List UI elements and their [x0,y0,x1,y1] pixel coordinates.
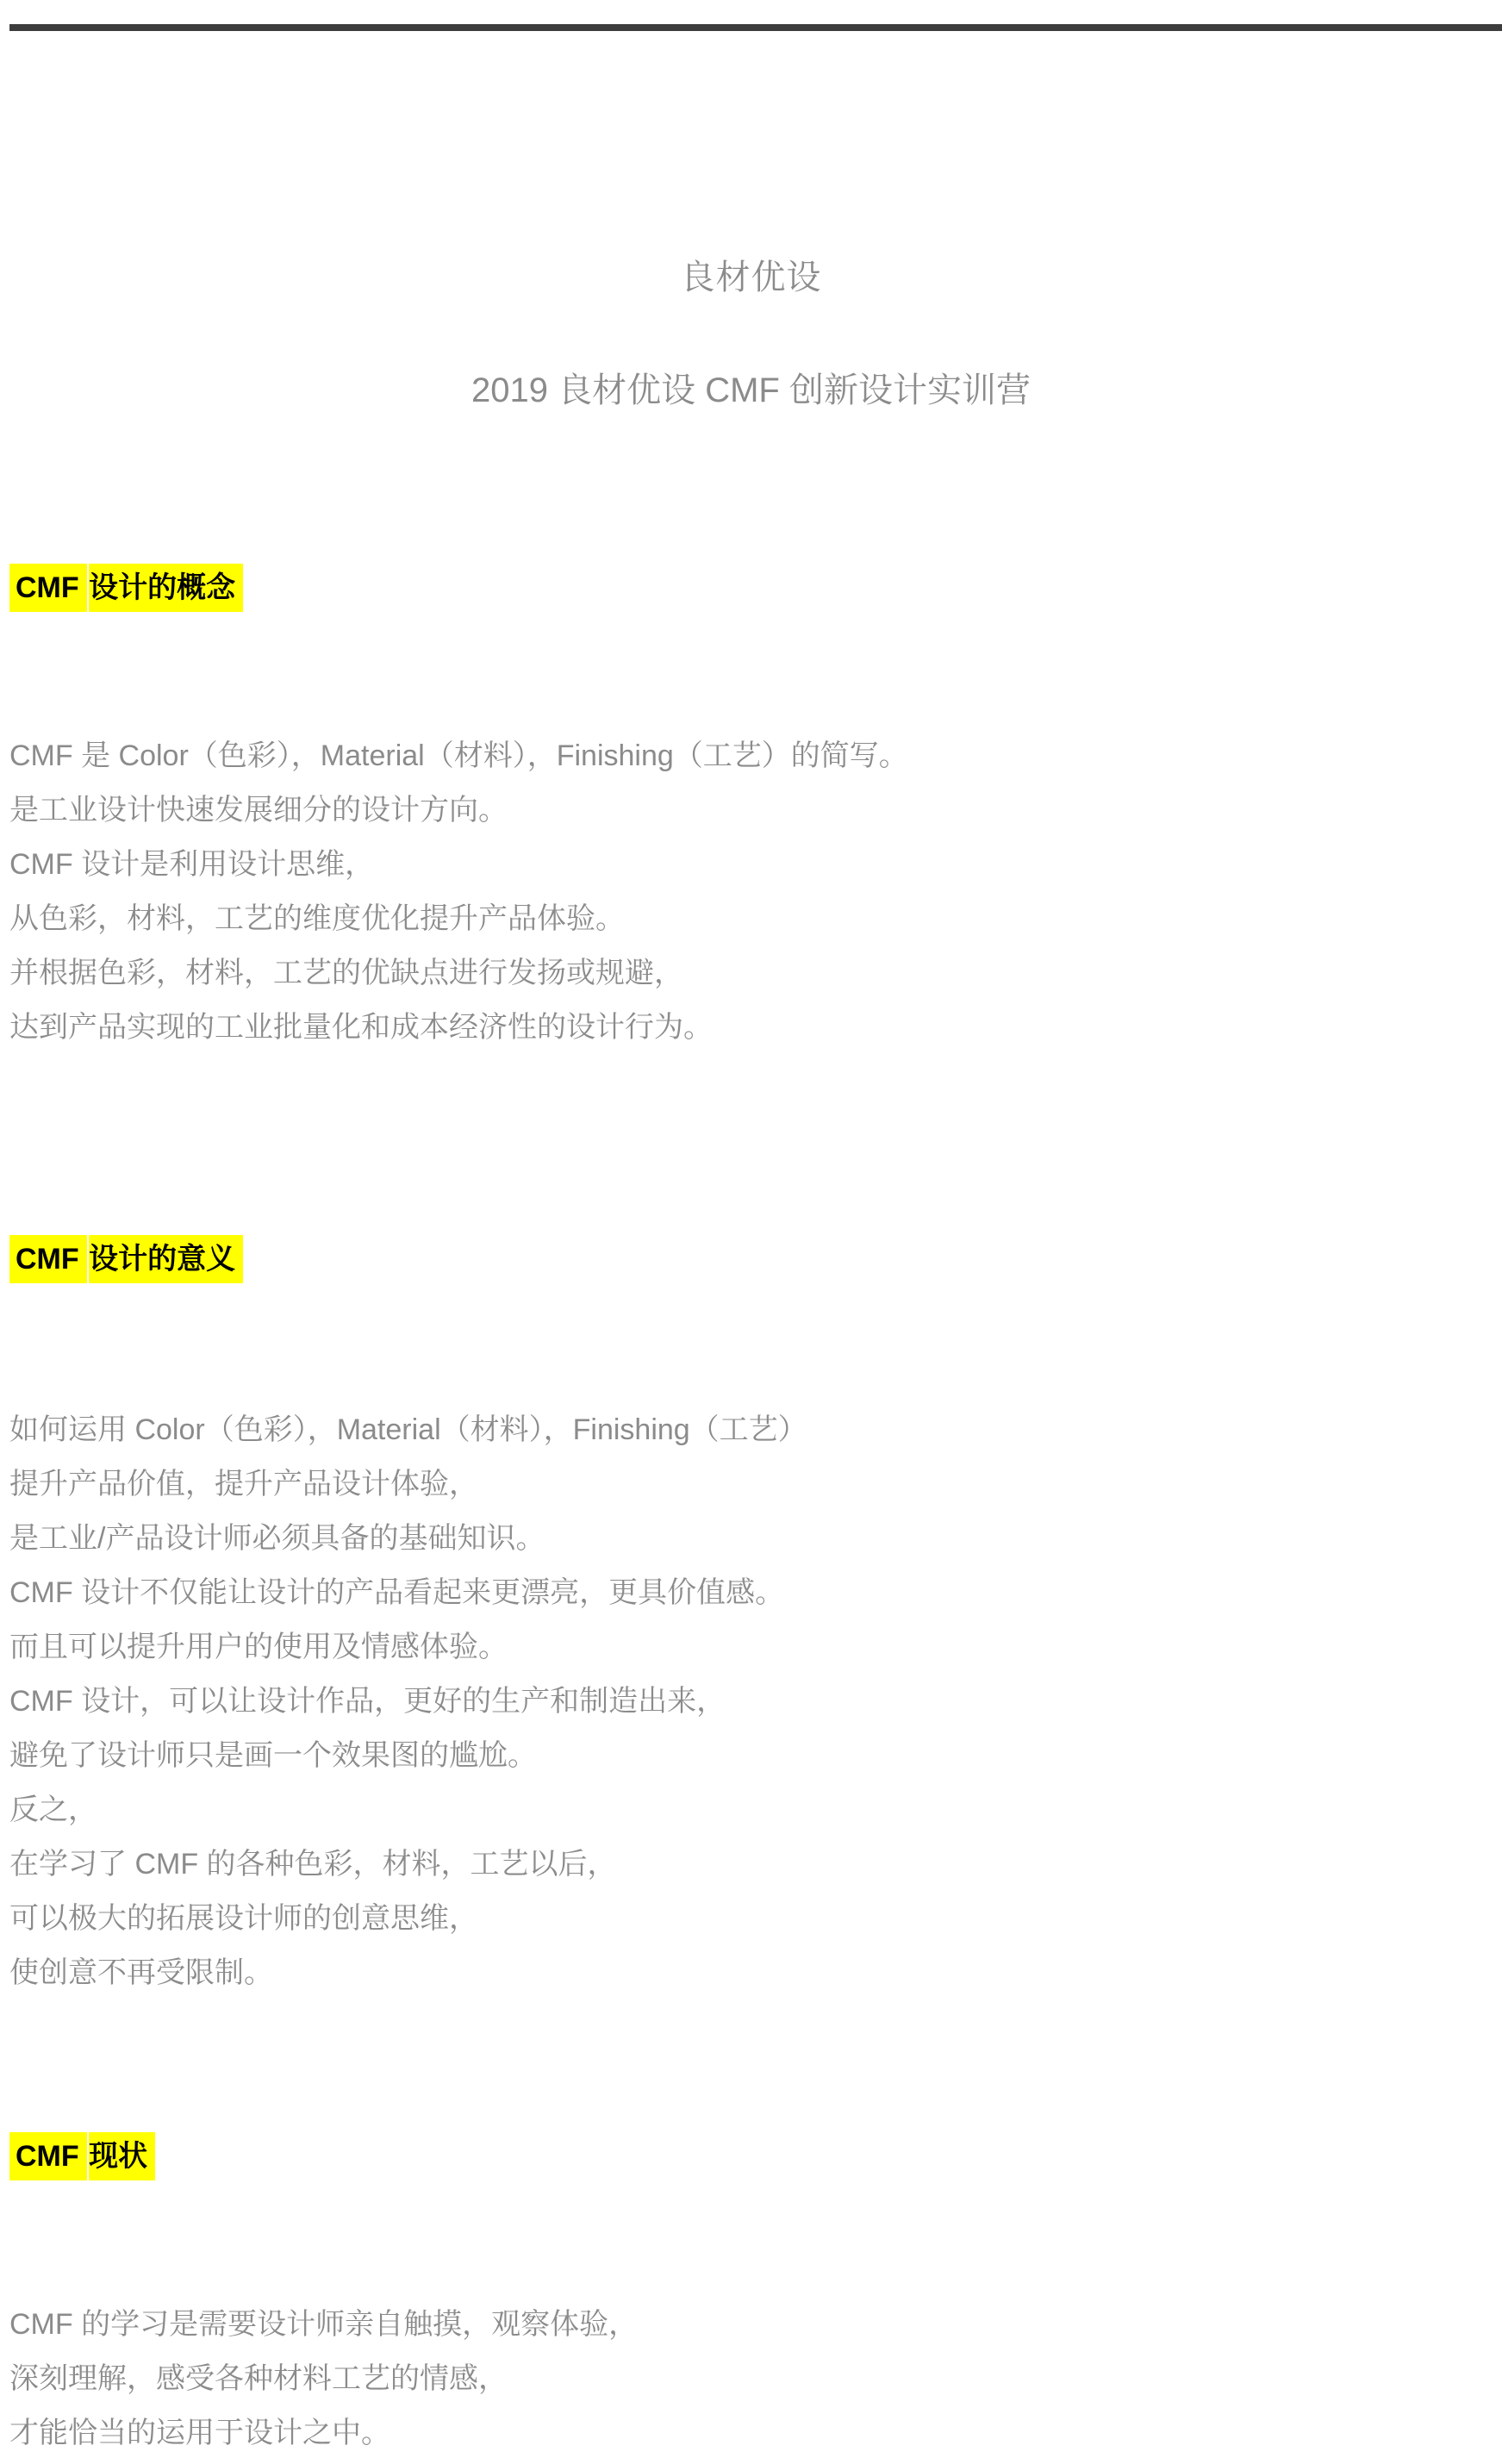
section-heading: CMF 现状 [9,2132,155,2180]
paragraph: CMF 的学习是需要设计师亲自触摸，观察体验，深刻理解，感受各种材料工艺的情感，… [9,2298,638,2461]
document-page: 良材优设 2019 良材优设 CMF 创新设计实训营 CMF 设计的概念 CMF… [0,0,1502,2464]
text-line: 是工业设计快速发展细分的设计方向。 [9,783,908,838]
text-line: 如何运用 Color（色彩），Material（材料），Finishing（工艺… [9,1403,807,1457]
text-line: CMF 是 Color（色彩），Material（材料），Finishing（工… [9,729,908,783]
text-line: 才能恰当的运用于设计之中。 [9,2406,638,2461]
text-line: 而且可以提升用户的使用及情感体验。 [9,1620,807,1675]
text-line: CMF 设计，可以让设计作品，更好的生产和制造出来， [9,1675,807,1729]
heading-highlight-rest: 现状 [89,2132,155,2180]
text-line: 避免了设计师只是画一个效果图的尴尬。 [9,1729,807,1783]
text-line: CMF 设计是利用设计思维， [9,838,908,892]
text-line: 达到产品实现的工业批量化和成本经济性的设计行为。 [9,1001,908,1055]
text-line: 在学习了 CMF 的各种色彩，材料，工艺以后， [9,1837,807,1892]
paragraph: 如何运用 Color（色彩），Material（材料），Finishing（工艺… [9,1403,807,2000]
heading-highlight-prefix: CMF [9,2132,87,2180]
heading-highlight-prefix: CMF [9,1235,87,1283]
text-line: 是工业/产品设计师必须具备的基础知识。 [9,1512,807,1566]
heading-highlight-rest: 设计的意义 [89,1235,243,1283]
text-line: 提升产品价值，提升产品设计体验， [9,1457,807,1512]
heading-highlight-rest: 设计的概念 [89,564,243,612]
paragraph: CMF 是 Color（色彩），Material（材料），Finishing（工… [9,729,908,1055]
text-line: 从色彩，材料，工艺的维度优化提升产品体验。 [9,892,908,946]
text-line: 深刻理解，感受各种材料工艺的情感， [9,2352,638,2406]
section-heading: CMF 设计的概念 [9,564,243,612]
text-line: CMF 设计不仅能让设计的产品看起来更漂亮，更具价值感。 [9,1566,807,1620]
top-rule-bar [9,24,1502,31]
text-line: 使创意不再受限制。 [9,1946,807,2000]
heading-highlight-prefix: CMF [9,564,87,612]
text-line: 反之， [9,1783,807,1837]
section-heading: CMF 设计的意义 [9,1235,243,1283]
text-line: 并根据色彩，材料，工艺的优缺点进行发扬或规避， [9,946,908,1001]
text-line: CMF 的学习是需要设计师亲自触摸，观察体验， [9,2298,638,2352]
page-title: 良材优设 [0,258,1502,297]
text-line: 可以极大的拓展设计师的创意思维， [9,1892,807,1946]
page-subtitle: 2019 良材优设 CMF 创新设计实训营 [0,369,1502,412]
